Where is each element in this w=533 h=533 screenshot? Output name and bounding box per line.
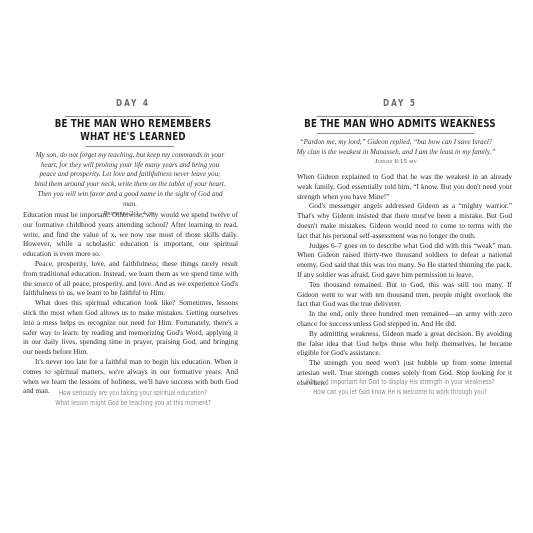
day-label: DAY 5 <box>296 98 503 109</box>
verse-line: “Pardon me, my lord,” Gideon replied, “b… <box>275 138 517 148</box>
title-line-2: WHAT HE'S LEARNED <box>24 131 242 144</box>
paragraph: What does this spiritual education look … <box>23 298 238 357</box>
paragraph: God's messenger angels addressed Gideon … <box>297 201 512 240</box>
paragraph: Peace, prosperity, love, and faithfulnes… <box>23 259 238 298</box>
verse-line: My clan is the weakest in Manasseh, and … <box>275 148 517 158</box>
title-bottom-rule <box>317 133 474 134</box>
reflection-questions: Why is it important for God to display H… <box>294 378 507 397</box>
day-label: DAY 4 <box>29 98 236 109</box>
paragraph: When Gideon explained to God that he was… <box>297 172 512 201</box>
title-top-rule <box>65 116 191 117</box>
paragraph: By admitting weakness, Gideon made a gre… <box>297 329 512 358</box>
title-top-rule <box>317 116 474 117</box>
devotional-body: Education must be important. Otherwise, … <box>23 210 238 396</box>
scripture-verse: “Pardon me, my lord,” Gideon replied, “b… <box>275 138 517 167</box>
left-page: DAY 4 BE THE MAN WHO REMEMBERS WHAT HE'S… <box>0 0 266 533</box>
title-bottom-rule <box>86 146 174 147</box>
devotional-body: When Gideon explained to God that he was… <box>297 172 512 388</box>
verse-text: My son, do not forget my teaching, but k… <box>34 151 226 209</box>
verse-reference: Judges 6:15 niv <box>275 157 517 167</box>
scripture-verse: My son, do not forget my teaching, but k… <box>34 151 226 219</box>
right-page: DAY 5 BE THE MAN WHO ADMITS WEAKNESS “Pa… <box>267 0 533 533</box>
question: How can you let God know He is welcome t… <box>294 388 507 398</box>
paragraph: Education must be important. Otherwise, … <box>23 210 238 259</box>
title-line-1: BE THE MAN WHO REMEMBERS <box>24 118 242 131</box>
paragraph: Ten thousand remained. But to God, this … <box>297 280 512 309</box>
paragraph: In the end, only three hundred men remai… <box>297 309 512 329</box>
page-title: BE THE MAN WHO ADMITS WEAKNESS <box>291 118 509 131</box>
title-line-1: BE THE MAN WHO ADMITS WEAKNESS <box>291 118 509 131</box>
question: Why is it important for God to display H… <box>294 378 507 388</box>
question: How seriously are you taking your spirit… <box>27 389 240 399</box>
paragraph: Judges 6–7 goes on to describe what God … <box>297 241 512 280</box>
reflection-questions: How seriously are you taking your spirit… <box>27 389 240 408</box>
question: What lesson might God be teaching you at… <box>27 399 240 409</box>
page-title: BE THE MAN WHO REMEMBERS WHAT HE'S LEARN… <box>24 118 242 143</box>
